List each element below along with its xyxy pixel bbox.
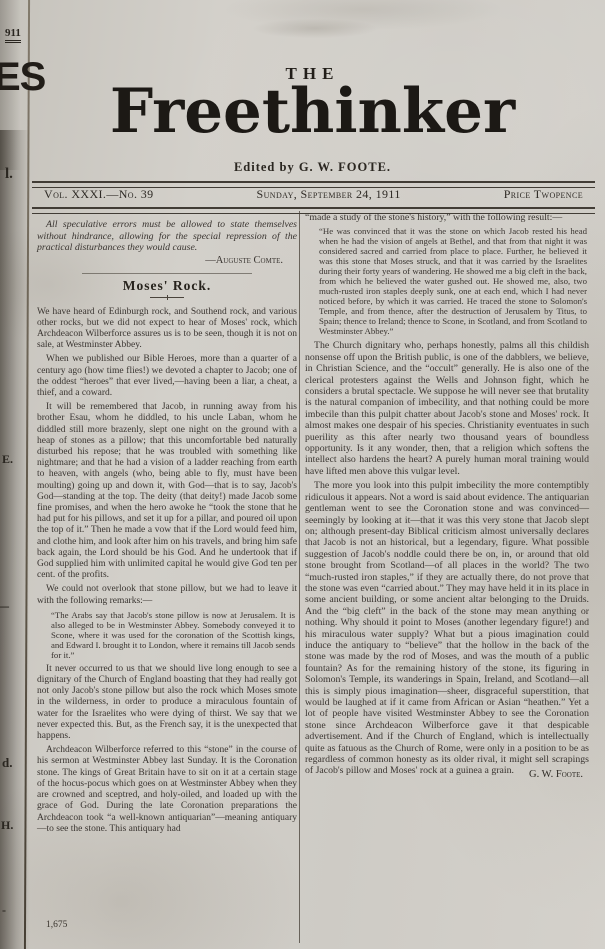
masthead-title: Freethinker <box>30 76 595 147</box>
newspaper-page-scan: 911 ES l. E. — d. H. - THE Freethinker E… <box>0 0 605 949</box>
article-paragraph: We have heard of Edinburgh rock, and Sou… <box>37 307 297 352</box>
article-title-rule <box>150 297 184 298</box>
gutter-fragment-2: E. <box>2 452 13 467</box>
right-column: “made a study of the stone's history,” w… <box>305 212 589 780</box>
issue-date: Sunday, September 24, 1911 <box>257 187 401 202</box>
gutter-fragment-date: 911 <box>5 27 21 43</box>
epigraph-attribution: —Auguste Comte. <box>37 255 297 267</box>
gutter-fragment-5: H. <box>1 818 13 833</box>
masthead-byline: Edited by G. W. FOOTE. <box>30 160 595 175</box>
article-paragraph: It never occurred to us that we should l… <box>37 664 297 742</box>
article-paragraph: The more you look into this pulpit imbec… <box>305 480 589 777</box>
dateline-row: Vol. XXXI.—No. 39 Sunday, September 24, … <box>44 187 583 202</box>
article-paragraph: “made a study of the stone's history,” w… <box>305 212 589 223</box>
column-divider-rule <box>299 211 300 943</box>
left-column: All speculative errors must be allowed t… <box>37 219 297 838</box>
gutter-fragment-4: d. <box>2 755 12 771</box>
epigraph-block: All speculative errors must be allowed t… <box>37 219 297 266</box>
issue-serial-number: 1,675 <box>46 920 67 930</box>
article-paragraph: It will be remembered that Jacob, in run… <box>37 402 297 581</box>
block-quote: “He was convinced that it was the stone … <box>319 226 587 336</box>
epigraph-divider-rule <box>82 273 252 274</box>
article-paragraph: When we published our Bible Heroes, more… <box>37 354 297 399</box>
gutter-fragment-6: - <box>2 903 6 918</box>
article-title: Moses' Rock. <box>37 280 297 291</box>
gutter-fragment-3: — <box>0 598 9 614</box>
gutter-fragment-1: l. <box>5 166 13 183</box>
article-paragraph: The Church dignitary who, perhaps honest… <box>305 340 589 477</box>
block-quote: “The Arabs say that Jacob's stone pillow… <box>51 610 295 660</box>
article-paragraph: Archdeacon Wilberforce referred to this … <box>37 745 297 835</box>
article-paragraph: We could not overlook that stone pillow,… <box>37 584 297 606</box>
epigraph-text: All speculative errors must be allowed t… <box>37 219 297 254</box>
volume-issue-number: Vol. XXXI.—No. 39 <box>44 187 154 202</box>
price-label: Price Twopence <box>504 187 583 202</box>
